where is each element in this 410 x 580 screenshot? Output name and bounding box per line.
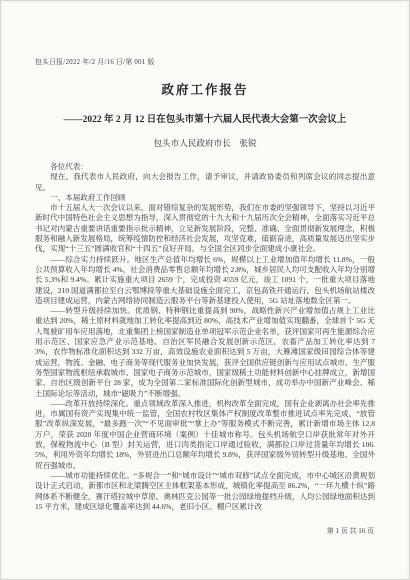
page-title: 政府工作报告 xyxy=(35,80,375,98)
body-paragraph: ——综合实力持续跃升。地区生产总值年均增长 6%，规模以上工业增加值年均增长 1… xyxy=(35,255,375,306)
body-paragraph: ——转型升级持续加快。优质钢、特种钢比重提高到 90%，战略性新兴产业增加值占规… xyxy=(35,306,375,399)
report-subtitle: ——2022 年 2 月 12 日在包头市第十六届人民代表大会第一次会议上 xyxy=(35,111,375,125)
masthead-source-line: 包头日报/2022 年/2 月/16 日/第 001 版 xyxy=(35,56,375,66)
body-paragraph: ——城市功能持续优化。“多规合一”和“城市设计”“城市双修”试点全面完成，市中心… xyxy=(35,471,375,512)
page-number: 第 1 页 共 16 页 xyxy=(327,526,374,536)
body-paragraph: 一、本届政府工作回顾 xyxy=(35,193,375,203)
body-paragraph: 各位代表： xyxy=(35,162,375,172)
newspaper-page: 包头日报/2022 年/2 月/16 日/第 001 版 政府工作报告 ——20… xyxy=(0,0,410,580)
body-paragraph: 市十五届人大一次会议以来，面对错综复杂的发展形势，我们在市委的坚强领导下，坚持以… xyxy=(35,203,375,254)
report-body: 各位代表：现在，我代表市人民政府，向大会报告工作，请予审议，并请政协委员和列席会… xyxy=(35,162,375,512)
body-paragraph: 现在，我代表市人民政府，向大会报告工作，请予审议，并请政协委员和列席会议的同志提… xyxy=(35,172,375,193)
byline-author: 包头市人民政府市长 张锐 xyxy=(35,137,375,149)
body-paragraph: ——改革开放持续深化。重点领域改革深入推进，机构改革全面完成，国有企业剥离办社会… xyxy=(35,399,375,471)
